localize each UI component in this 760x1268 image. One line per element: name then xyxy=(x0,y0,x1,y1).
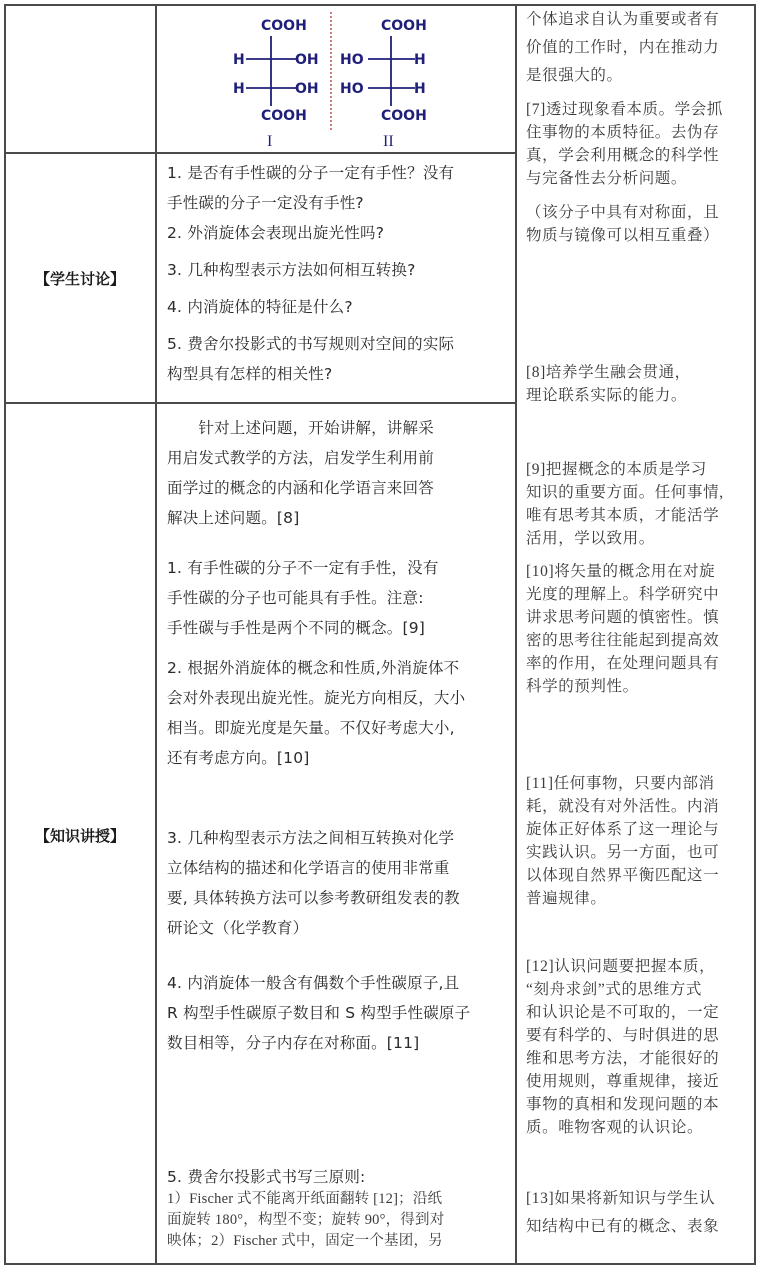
lecture-point-2: 2. 根据外消旋体的概念和性质,外消旋体不 会对外表现出旋光性。旋光方向相反，大… xyxy=(167,653,509,773)
molecule-I-label: I xyxy=(267,133,272,150)
molecule-I-row1-right: OH xyxy=(295,52,319,68)
note-line: 旋体正好体系了这一理论与 xyxy=(526,818,751,841)
point-1-line: 1. 有手性碳的分子不一定有手性，没有 xyxy=(167,553,509,583)
note-7: [7]透过现象看本质。学会抓 住事物的本质特征。去伪存 真，学会利用概念的科学性… xyxy=(526,98,751,190)
point-5-title: 5. 费舍尔投影式书写三原则: xyxy=(167,1164,509,1190)
section-label-lecture: 【知识讲授】 xyxy=(5,825,155,846)
note-line: 活用，学以致用。 xyxy=(526,527,751,550)
section-label-discussion: 【学生讨论】 xyxy=(5,268,155,289)
note-7-extra: （该分子中具有对称面，且 物质与镜像可以相互重叠） xyxy=(526,201,751,247)
molecule-I-row2-right: OH xyxy=(295,81,319,97)
molecule-II: COOH HO H HO H COOH II xyxy=(340,18,427,150)
molecule-II-row2-left: HO xyxy=(340,81,364,97)
question-1-line-2: 手性碳的分子一定没有手性? xyxy=(167,188,509,218)
lecture-point-3: 3. 几种构型表示方法之间相互转换对化学 立体结构的描述和化学语言的使用非常重 … xyxy=(167,823,509,943)
note-line: 质。唯物客观的认识论。 xyxy=(526,1116,751,1139)
fischer-projection-figure: COOH H OH H OH COOH I COOH HO H HO H COO… xyxy=(200,8,490,153)
point-2-line: 2. 根据外消旋体的概念和性质,外消旋体不 xyxy=(167,653,509,683)
molecule-II-top-group: COOH xyxy=(381,18,427,34)
note-line: [10]将矢量的概念用在对旋 xyxy=(526,560,751,583)
note-line: [12]认识问题要把握本质， xyxy=(526,955,751,978)
molecule-II-label: II xyxy=(383,133,394,150)
question-4: 4. 内消旋体的特征是什么? xyxy=(167,292,509,322)
lecture-point-5-rules: 1）Fischer 式不能离开纸面翻转 [12]；沿纸 面旋转 180°，构型不… xyxy=(167,1189,509,1252)
note-11: [11]任何事物，只要内部消 耗，就没有对外活性。内消 旋体正好体系了这一理论与… xyxy=(526,772,751,910)
note-line: 物质与镜像可以相互重叠） xyxy=(526,224,751,247)
note-line: 事物的真相和发现问题的本 xyxy=(526,1093,751,1116)
note-line: 知结构中已有的概念、表象 xyxy=(526,1213,751,1241)
note-line: 使用规则，尊重规律，接近 xyxy=(526,1070,751,1093)
lecture-intro: 针对上述问题，开始讲解，讲解采 用启发式教学的方法，启发学生利用前 面学过的概念… xyxy=(167,413,509,533)
question-1-line-1: 1. 是否有手性碳的分子一定有手性？没有 xyxy=(167,158,509,188)
lecture-point-1: 1. 有手性碳的分子不一定有手性，没有 手性碳的分子也可能具有手性。注意: 手性… xyxy=(167,553,509,643)
molecule-II-row1-right: H xyxy=(414,52,426,68)
lecture-intro-line: 针对上述问题，开始讲解，讲解采 xyxy=(167,413,509,443)
note-line: “刻舟求剑”式的思维方式 xyxy=(526,978,751,1001)
molecule-I: COOH H OH H OH COOH I xyxy=(233,18,319,150)
point-3-line: 研论文（化学教育） xyxy=(167,913,509,943)
point-3-line: 要, 具体转换方法可以参考教研组发表的教 xyxy=(167,883,509,913)
note-line: 耗，就没有对外活性。内消 xyxy=(526,795,751,818)
note-line: [11]任何事物，只要内部消 xyxy=(526,772,751,795)
note-9: [9]把握概念的本质是学习 知识的重要方面。任何事情, 唯有思考其本质，才能活学… xyxy=(526,458,751,550)
note-line: 理论联系实际的能力。 xyxy=(526,384,751,407)
point-4-line: 4. 内消旋体一般含有偶数个手性碳原子,且 xyxy=(167,968,509,998)
document-page: COOH H OH H OH COOH I COOH HO H HO H COO… xyxy=(0,0,760,1268)
point-5-line: 1）Fischer 式不能离开纸面翻转 [12]；沿纸 xyxy=(167,1189,509,1210)
note-line: 普遍规律。 xyxy=(526,887,751,910)
point-2-line: 还有考虑方向。[10] xyxy=(167,743,509,773)
note-line: 光度的理解上。科学研究中 xyxy=(526,583,751,606)
note-line: 与完备性去分析问题。 xyxy=(526,167,751,190)
note-line: 住事物的本质特征。去伪存 xyxy=(526,121,751,144)
question-2: 2. 外消旋体会表现出旋光性吗? xyxy=(167,218,509,248)
note-10: [10]将矢量的概念用在对旋 光度的理解上。科学研究中 讲求思考问题的慎密性。慎… xyxy=(526,560,751,698)
question-5-line-1: 5. 费舍尔投影式的书写规则对空间的实际 xyxy=(167,329,509,359)
point-4-line: 数目相等，分子内存在对称面。[11] xyxy=(167,1028,509,1058)
question-3: 3. 几种构型表示方法如何相互转换? xyxy=(167,255,509,285)
note-line: 要有科学的、与时俱进的思 xyxy=(526,1024,751,1047)
question-5-line-2: 构型具有怎样的相关性? xyxy=(167,359,509,389)
note-6-continued: 个体追求自认为重要或者有 价值的工作时，内在推动力 是很强大的。 xyxy=(526,6,751,90)
note-line: 和认识论是不可取的，一定 xyxy=(526,1001,751,1024)
table-border-bottom xyxy=(4,1263,756,1265)
table-border-right xyxy=(754,4,756,1265)
point-3-line: 3. 几种构型表示方法之间相互转换对化学 xyxy=(167,823,509,853)
lecture-point-4: 4. 内消旋体一般含有偶数个手性碳原子,且 R 构型手性碳原子数目和 S 构型手… xyxy=(167,968,509,1058)
lecture-intro-line: 解决上述问题。[8] xyxy=(167,503,509,533)
note-line: [7]透过现象看本质。学会抓 xyxy=(526,98,751,121)
lecture-point-5: 5. 费舍尔投影式书写三原则: xyxy=(167,1164,509,1190)
molecule-I-top-group: COOH xyxy=(261,18,307,34)
point-2-line: 会对外表现出旋光性。旋光方向相反，大小 xyxy=(167,683,509,713)
note-line: （该分子中具有对称面，且 xyxy=(526,201,751,224)
note-line: 知识的重要方面。任何事情, xyxy=(526,481,751,504)
table-border-left xyxy=(4,4,6,1265)
note-line: 价值的工作时，内在推动力 xyxy=(526,34,751,62)
molecule-I-row1-left: H xyxy=(233,52,245,68)
note-line: 科学的预判性。 xyxy=(526,675,751,698)
note-line: 个体追求自认为重要或者有 xyxy=(526,6,751,34)
note-line: 讲求思考问题的慎密性。慎 xyxy=(526,606,751,629)
lecture-intro-line: 用启发式教学的方法，启发学生利用前 xyxy=(167,443,509,473)
lecture-intro-line: 面学过的概念的内涵和化学语言来回答 xyxy=(167,473,509,503)
point-4-line: R 构型手性碳原子数目和 S 构型手性碳原子 xyxy=(167,998,509,1028)
point-2-line: 相当。即旋光度是矢量。不仅好考虑大小, xyxy=(167,713,509,743)
note-line: 率的作用，在处理问题具有 xyxy=(526,652,751,675)
point-1-line: 手性碳与手性是两个不同的概念。[9] xyxy=(167,613,509,643)
point-5-line: 面旋转 180°，构型不变；旋转 90°，得到对 xyxy=(167,1210,509,1231)
note-8: [8]培养学生融会贯通， 理论联系实际的能力。 xyxy=(526,361,751,407)
note-line: 唯有思考其本质，才能活学 xyxy=(526,504,751,527)
column-divider-1 xyxy=(155,4,157,1265)
note-line: [9]把握概念的本质是学习 xyxy=(526,458,751,481)
point-5-line: 映体；2）Fischer 式中，固定一个基团，另 xyxy=(167,1231,509,1252)
note-12: [12]认识问题要把握本质， “刻舟求剑”式的思维方式 和认识论是不可取的，一定… xyxy=(526,955,751,1139)
row-divider-2 xyxy=(4,402,516,404)
column-divider-2 xyxy=(515,4,517,1265)
note-line: 以体现自然界平衡匹配这一 xyxy=(526,864,751,887)
molecule-II-bottom-group: COOH xyxy=(381,108,427,124)
point-3-line: 立体结构的描述和化学语言的使用非常重 xyxy=(167,853,509,883)
note-line: 密的思考往往能起到提高效 xyxy=(526,629,751,652)
molecule-I-row2-left: H xyxy=(233,81,245,97)
discussion-questions: 1. 是否有手性碳的分子一定有手性？没有 手性碳的分子一定没有手性? 2. 外消… xyxy=(167,158,509,389)
note-line: 是很强大的。 xyxy=(526,62,751,90)
molecule-II-row1-left: HO xyxy=(340,52,364,68)
note-line: [13]如果将新知识与学生认 xyxy=(526,1185,751,1213)
note-line: [8]培养学生融会贯通， xyxy=(526,361,751,384)
point-1-line: 手性碳的分子也可能具有手性。注意: xyxy=(167,583,509,613)
note-line: 真，学会利用概念的科学性 xyxy=(526,144,751,167)
note-line: 实践认识。另一方面，也可 xyxy=(526,841,751,864)
molecule-II-row2-right: H xyxy=(414,81,426,97)
molecule-I-bottom-group: COOH xyxy=(261,108,307,124)
note-13: [13]如果将新知识与学生认 知结构中已有的概念、表象 xyxy=(526,1185,751,1241)
note-line: 维和思考方法，才能很好的 xyxy=(526,1047,751,1070)
